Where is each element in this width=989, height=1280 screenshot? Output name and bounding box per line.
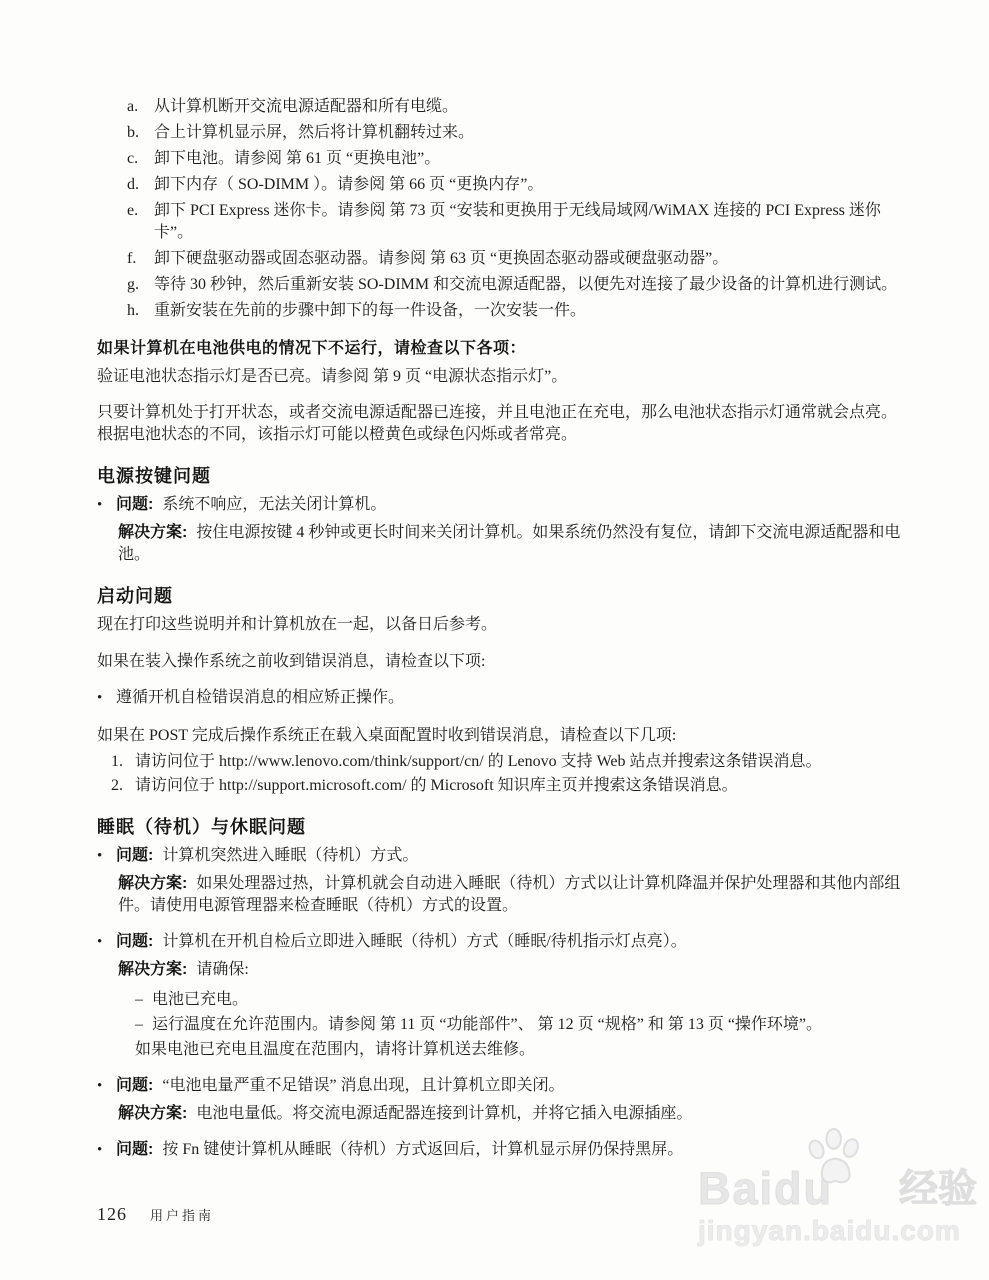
numbered-item-2: 2. 请访问位于 http://support.microsoft.com/ 的… [111,775,909,797]
battery-check-para1: 验证电池状态指示灯是否已亮。请参阅 第 9 页 “电源状态指示灯”。 [97,366,909,388]
checklist-text: 电池已充电。 [152,989,909,1011]
page-content: a. 从计算机断开交流电源适配器和所有电缆。 b. 合上计算机显示屏，然后将计算… [97,96,909,1161]
solution-line: 解决方案:按住电源按键 4 秒钟或更长时间来关闭计算机。如果系统仍然没有复位，请… [118,522,909,566]
problem-item: 问题:按 Fn 键使计算机从睡眠（待机）方式返回后，计算机显示屏仍保持黑屏。 [97,1139,909,1161]
step-item-b: b. 合上计算机显示屏，然后将计算机翻转过来。 [127,122,909,144]
page-number: 126 [97,1203,127,1225]
problem-label: 问题: [116,496,153,513]
step-text: 卸下硬盘驱动器或固态驱动器。请参阅 第 63 页 “更换固态驱动器或硬盘驱动器”… [154,248,909,270]
problem-text: 系统不响应，无法关闭计算机。 [162,496,386,513]
section-heading-power-button: 电源按键问题 [97,464,909,488]
bullet-icon [97,494,116,516]
problem-line: 问题:按 Fn 键使计算机从睡眠（待机）方式返回后，计算机显示屏仍保持黑屏。 [116,1139,909,1161]
problem-text: 按 Fn 键使计算机从睡眠（待机）方式返回后，计算机显示屏仍保持黑屏。 [162,1141,683,1158]
step-letter: d. [127,174,154,196]
watermark-brand-text: Baidu [698,1166,833,1211]
item-text: 请访问位于 http://support.microsoft.com/ 的 Mi… [135,775,909,797]
step-letter: e. [127,200,154,244]
dash-icon [135,1014,152,1036]
step-item-g: g. 等待 30 秒钟，然后重新安装 SO-DIMM 和交流电源适配器，以便先对… [127,274,909,296]
item-text: 请访问位于 http://www.lenovo.com/think/suppor… [135,751,909,773]
problem-text: 计算机在开机自检后立即进入睡眠（待机）方式（睡眠/待机指示灯点亮）。 [162,933,686,950]
step-letter: g. [127,274,154,296]
solution-text: 如果处理器过热，计算机就会自动进入睡眠（待机）方式以让计算机降温并保护处理器和其… [118,875,900,914]
step-item-a: a. 从计算机断开交流电源适配器和所有电缆。 [127,96,909,118]
step-letter: h. [127,300,154,322]
step-text: 重新安装在先前的步骤中卸下的每一件设备，一次安装一件。 [154,300,909,322]
startup-para2: 如果在装入操作系统之前收到错误消息，请检查以下项: [97,651,909,673]
step-letter: a. [127,96,154,118]
startup-bullet-item: 遵循开机自检错误消息的相应矫正操作。 [97,687,909,709]
startup-numbered-list: 1. 请访问位于 http://www.lenovo.com/think/sup… [111,751,909,797]
problem-line: 问题:“电池电量严重不足错误” 消息出现，且计算机立即关闭。 [116,1075,909,1097]
step-item-f: f. 卸下硬盘驱动器或固态驱动器。请参阅 第 63 页 “更换固态驱动器或硬盘驱… [127,248,909,270]
solution-line: 解决方案:电池电量低。将交流电源适配器连接到计算机，并将它插入电源插座。 [118,1103,909,1125]
item-number: 2. [111,775,135,797]
step-text: 卸下 PCI Express 迷你卡。请参阅 第 73 页 “安装和更换用于无线… [154,200,909,244]
startup-para3: 如果在 POST 完成后操作系统正在载入桌面配置时收到错误消息，请检查以下几项: [97,725,909,747]
problem-item: 问题:系统不响应，无法关闭计算机。 [97,494,909,516]
watermark-brand-cn: 经验 [899,1169,977,1211]
step-item-c: c. 卸下电池。请参阅 第 61 页 “更换电池”。 [127,148,909,170]
startup-para1: 现在打印这些说明并和计算机放在一起，以备日后参考。 [97,614,909,636]
problem-item: 问题:计算机在开机自检后立即进入睡眠（待机）方式（睡眠/待机指示灯点亮）。 [97,931,909,953]
battery-check-lead: 如果计算机在电池供电的情况下不运行，请检查以下各项： [97,338,909,360]
step-text: 等待 30 秒钟，然后重新安装 SO-DIMM 和交流电源适配器，以便先对连接了… [154,274,909,296]
solution-label: 解决方案: [118,1105,187,1122]
problem-line: 问题:计算机突然进入睡眠（待机）方式。 [116,845,909,867]
manual-page: a. 从计算机断开交流电源适配器和所有电缆。 b. 合上计算机显示屏，然后将计算… [0,0,989,1280]
bullet-icon [97,687,116,709]
problem-line: 问题:计算机在开机自检后立即进入睡眠（待机）方式（睡眠/待机指示灯点亮）。 [116,931,909,953]
solution-text: 电池电量低。将交流电源适配器连接到计算机，并将它插入电源插座。 [196,1105,692,1122]
dash-icon [135,989,152,1011]
problem-label: 问题: [116,1077,153,1094]
problem-label: 问题: [116,933,153,950]
step-letter: f. [127,248,154,270]
solution-label: 解决方案: [118,961,187,978]
checklist-item: 电池已充电。 [135,989,909,1011]
checklist-item: 运行温度在允许范围内。请参阅 第 11 页 “功能部件”、 第 12 页 “规格… [135,1014,909,1036]
item-number: 1. [111,751,135,773]
bullet-icon [97,1139,116,1161]
section-heading-startup: 启动问题 [97,584,909,608]
watermark-brand-row: Baidu 经验 [698,1166,983,1211]
solution-line: 解决方案:如果处理器过热，计算机就会自动进入睡眠（待机）方式以让计算机降温并保护… [118,873,909,917]
numbered-item-1: 1. 请访问位于 http://www.lenovo.com/think/sup… [111,751,909,773]
page-footer: 126 用户指南 [97,1203,214,1227]
step-letter: c. [127,148,154,170]
startup-bullet-text: 遵循开机自检错误消息的相应矫正操作。 [116,687,909,709]
problem-label: 问题: [116,1141,153,1158]
step-text: 合上计算机显示屏，然后将计算机翻转过来。 [154,122,909,144]
step-text: 卸下内存（ SO-DIMM ）。请参阅 第 66 页 “更换内存”。 [154,174,909,196]
problem-line: 问题:系统不响应，无法关闭计算机。 [116,494,909,516]
watermark-url: jingyan.baidu.com [698,1215,983,1247]
step-text: 卸下电池。请参阅 第 61 页 “更换电池”。 [154,148,909,170]
problem-label: 问题: [116,847,153,864]
checklist-text: 运行温度在允许范围内。请参阅 第 11 页 “功能部件”、 第 12 页 “规格… [152,1014,909,1036]
step-item-e: e. 卸下 PCI Express 迷你卡。请参阅 第 73 页 “安装和更换用… [127,200,909,244]
problem-text: 计算机突然进入睡眠（待机）方式。 [162,847,418,864]
problem-item: 问题:“电池电量严重不足错误” 消息出现，且计算机立即关闭。 [97,1075,909,1097]
bullet-icon [97,845,116,867]
step-letter: b. [127,122,154,144]
battery-check-para2: 只要计算机处于打开状态，或者交流电源适配器已连接，并且电池正在充电，那么电池状态… [97,402,909,446]
bullet-icon [97,1075,116,1097]
solution-text: 按住电源按键 4 秒钟或更长时间来关闭计算机。如果系统仍然没有复位，请卸下交流电… [118,524,900,563]
problem-text: “电池电量严重不足错误” 消息出现，且计算机立即关闭。 [162,1077,564,1094]
step-list: a. 从计算机断开交流电源适配器和所有电缆。 b. 合上计算机显示屏，然后将计算… [127,96,909,322]
step-text: 从计算机断开交流电源适配器和所有电缆。 [154,96,909,118]
solution-line: 解决方案:请确保: [118,959,909,981]
step-item-h: h. 重新安装在先前的步骤中卸下的每一件设备，一次安装一件。 [127,300,909,322]
checklist-note: 如果电池已充电且温度在范围内，请将计算机送去维修。 [135,1039,909,1061]
bullet-icon [97,931,116,953]
footer-label: 用户指南 [150,1205,214,1227]
solution-label: 解决方案: [118,875,187,892]
solution-label: 解决方案: [118,524,187,541]
section-heading-sleep: 睡眠（待机）与休眠问题 [97,815,909,839]
step-item-d: d. 卸下内存（ SO-DIMM ）。请参阅 第 66 页 “更换内存”。 [127,174,909,196]
solution-text: 请确保: [196,961,248,978]
problem-item: 问题:计算机突然进入睡眠（待机）方式。 [97,845,909,867]
